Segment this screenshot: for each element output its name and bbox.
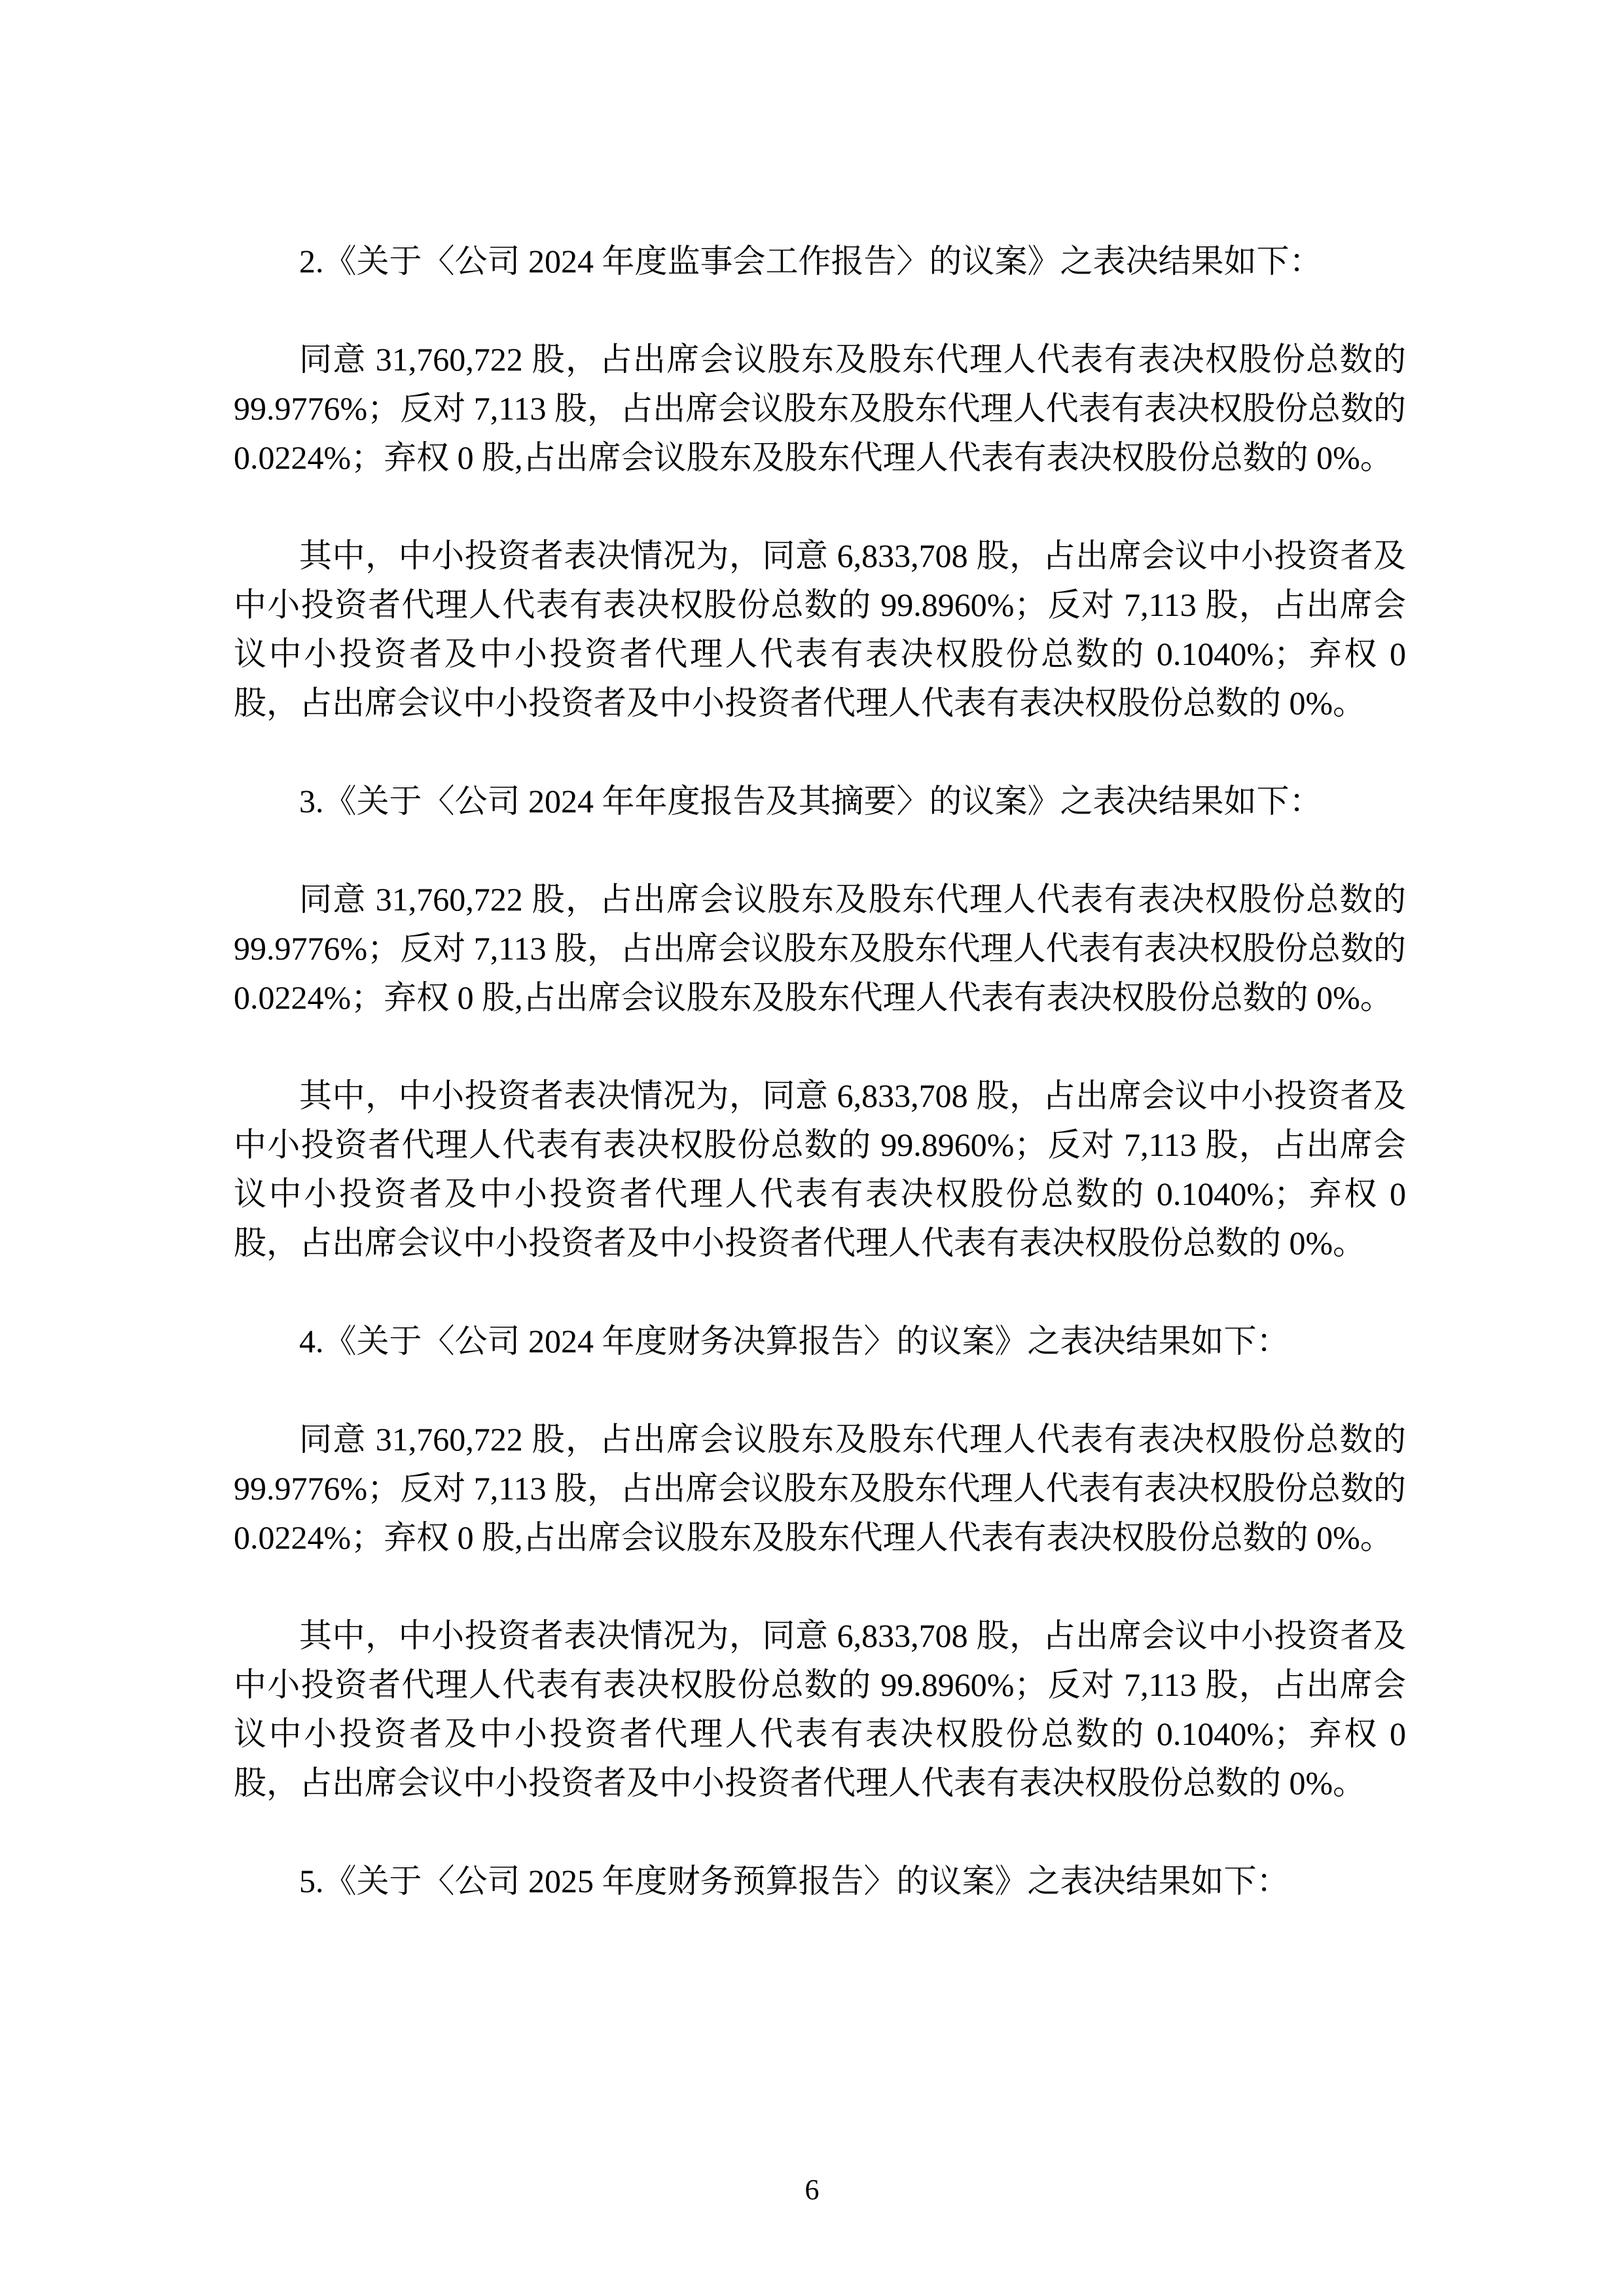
page-number: 6 bbox=[0, 2176, 1624, 2204]
vote-result-paragraph: 同意 31,760,722 股，占出席会议股东及股东代理人代表有表决权股份总数的… bbox=[234, 335, 1406, 482]
vote-result-paragraph: 同意 31,760,722 股，占出席会议股东及股东代理人代表有表决权股份总数的… bbox=[234, 1415, 1406, 1562]
resolution-section-3: 3.《关于〈公司 2024 年年度报告及其摘要〉的议案》之表决结果如下： 同意 … bbox=[234, 777, 1406, 1268]
minority-investor-vote-paragraph: 其中，中小投资者表决情况为，同意 6,833,708 股，占出席会议中小投资者及… bbox=[234, 1071, 1406, 1268]
resolution-section-5: 5.《关于〈公司 2025 年度财务预算报告〉的议案》之表决结果如下： bbox=[234, 1857, 1406, 1906]
resolution-heading: 4.《关于〈公司 2024 年度财务决算报告〉的议案》之表决结果如下： bbox=[234, 1317, 1406, 1366]
resolution-heading: 2.《关于〈公司 2024 年度监事会工作报告〉的议案》之表决结果如下： bbox=[234, 237, 1406, 286]
resolution-section-2: 2.《关于〈公司 2024 年度监事会工作报告〉的议案》之表决结果如下： 同意 … bbox=[234, 237, 1406, 728]
minority-investor-vote-paragraph: 其中，中小投资者表决情况为，同意 6,833,708 股，占出席会议中小投资者及… bbox=[234, 531, 1406, 728]
resolution-heading: 3.《关于〈公司 2024 年年度报告及其摘要〉的议案》之表决结果如下： bbox=[234, 777, 1406, 826]
minority-investor-vote-paragraph: 其中，中小投资者表决情况为，同意 6,833,708 股，占出席会议中小投资者及… bbox=[234, 1611, 1406, 1808]
vote-result-paragraph: 同意 31,760,722 股，占出席会议股东及股东代理人代表有表决权股份总数的… bbox=[234, 875, 1406, 1022]
resolution-section-4: 4.《关于〈公司 2024 年度财务决算报告〉的议案》之表决结果如下： 同意 3… bbox=[234, 1317, 1406, 1808]
resolution-heading: 5.《关于〈公司 2025 年度财务预算报告〉的议案》之表决结果如下： bbox=[234, 1857, 1406, 1906]
document-page: 2.《关于〈公司 2024 年度监事会工作报告〉的议案》之表决结果如下： 同意 … bbox=[0, 0, 1624, 2296]
